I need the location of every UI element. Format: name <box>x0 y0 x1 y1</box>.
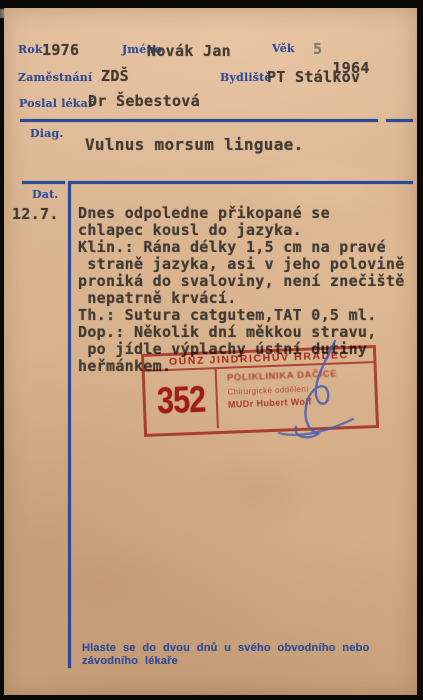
residence-label: Bydliště <box>220 71 272 84</box>
record-line: Dop.: Několik dní měkkou stravu, <box>78 324 417 341</box>
stamp-number-cell: 352 <box>145 369 219 431</box>
stamp-org-line: POLIKLINIKA DAČICE <box>227 367 374 384</box>
age-label: Věk <box>272 42 295 55</box>
visit-date-value: 12.7. <box>12 205 59 223</box>
record-line: Dnes odpoledne přikopané se <box>78 205 417 222</box>
footer-note-line2: závodního lékaře <box>82 655 369 668</box>
name-value: Novák Jan <box>147 42 231 60</box>
referring-doctor-label: Poslal lékař <box>19 97 94 110</box>
occupation-label: Zaměstnání <box>18 71 92 84</box>
stamp-doctor-line: MUDr Hubert Wolf <box>228 394 375 410</box>
record-line: nepatrně krvácí. <box>78 290 417 307</box>
stamp-text-cell: POLIKLINIKA DAČICE Chirurgické oddělení … <box>217 363 376 428</box>
footer-instruction-note: Hlaste se do dvou dnů u svého obvodního … <box>82 642 369 668</box>
record-line: straně jazyka, asi v jeho polovině <box>78 256 417 273</box>
record-line: Th.: Sutura catgutem,TAT 0,5 ml. <box>78 307 417 324</box>
date-section-line-right <box>70 181 413 184</box>
record-line: proniká do svaloviny, není znečiště <box>78 273 417 290</box>
paper-stain <box>44 548 164 618</box>
medical-record-card: Rok 1976 Jméno Novák Jan Věk 1964 5 Zamě… <box>4 8 417 695</box>
record-line: Klin.: Rána délky 1,5 cm na pravé <box>78 239 417 256</box>
date-column-divider <box>68 181 71 668</box>
header-divider-line-segment <box>386 119 413 122</box>
record-line: chlapec kousl do jazyka. <box>78 222 417 239</box>
year-label: Rok <box>18 43 43 56</box>
hospital-rubber-stamp: OÚNZ JINDŘICHŮV HRADEC 352 POLIKLINIKA D… <box>141 345 379 437</box>
date-label: Dat. <box>32 188 58 201</box>
date-section-line-left <box>22 181 65 184</box>
header-divider-line <box>20 119 378 122</box>
diagnosis-label: Diag. <box>30 127 63 140</box>
age-overstrike-digit: 5 <box>313 40 322 58</box>
year-value: 1976 <box>42 41 79 59</box>
paper-stain <box>184 448 334 538</box>
diagnosis-value: Vulnus morsum linguae. <box>85 135 304 154</box>
residence-value: PT Stálkov <box>267 68 360 86</box>
stamp-number: 352 <box>156 378 206 422</box>
occupation-value: ZDŠ <box>101 67 129 85</box>
footer-note-line1: Hlaste se do dvou dnů u svého obvodního … <box>82 642 369 655</box>
referring-doctor-value: Dr Šebestová <box>88 92 200 110</box>
